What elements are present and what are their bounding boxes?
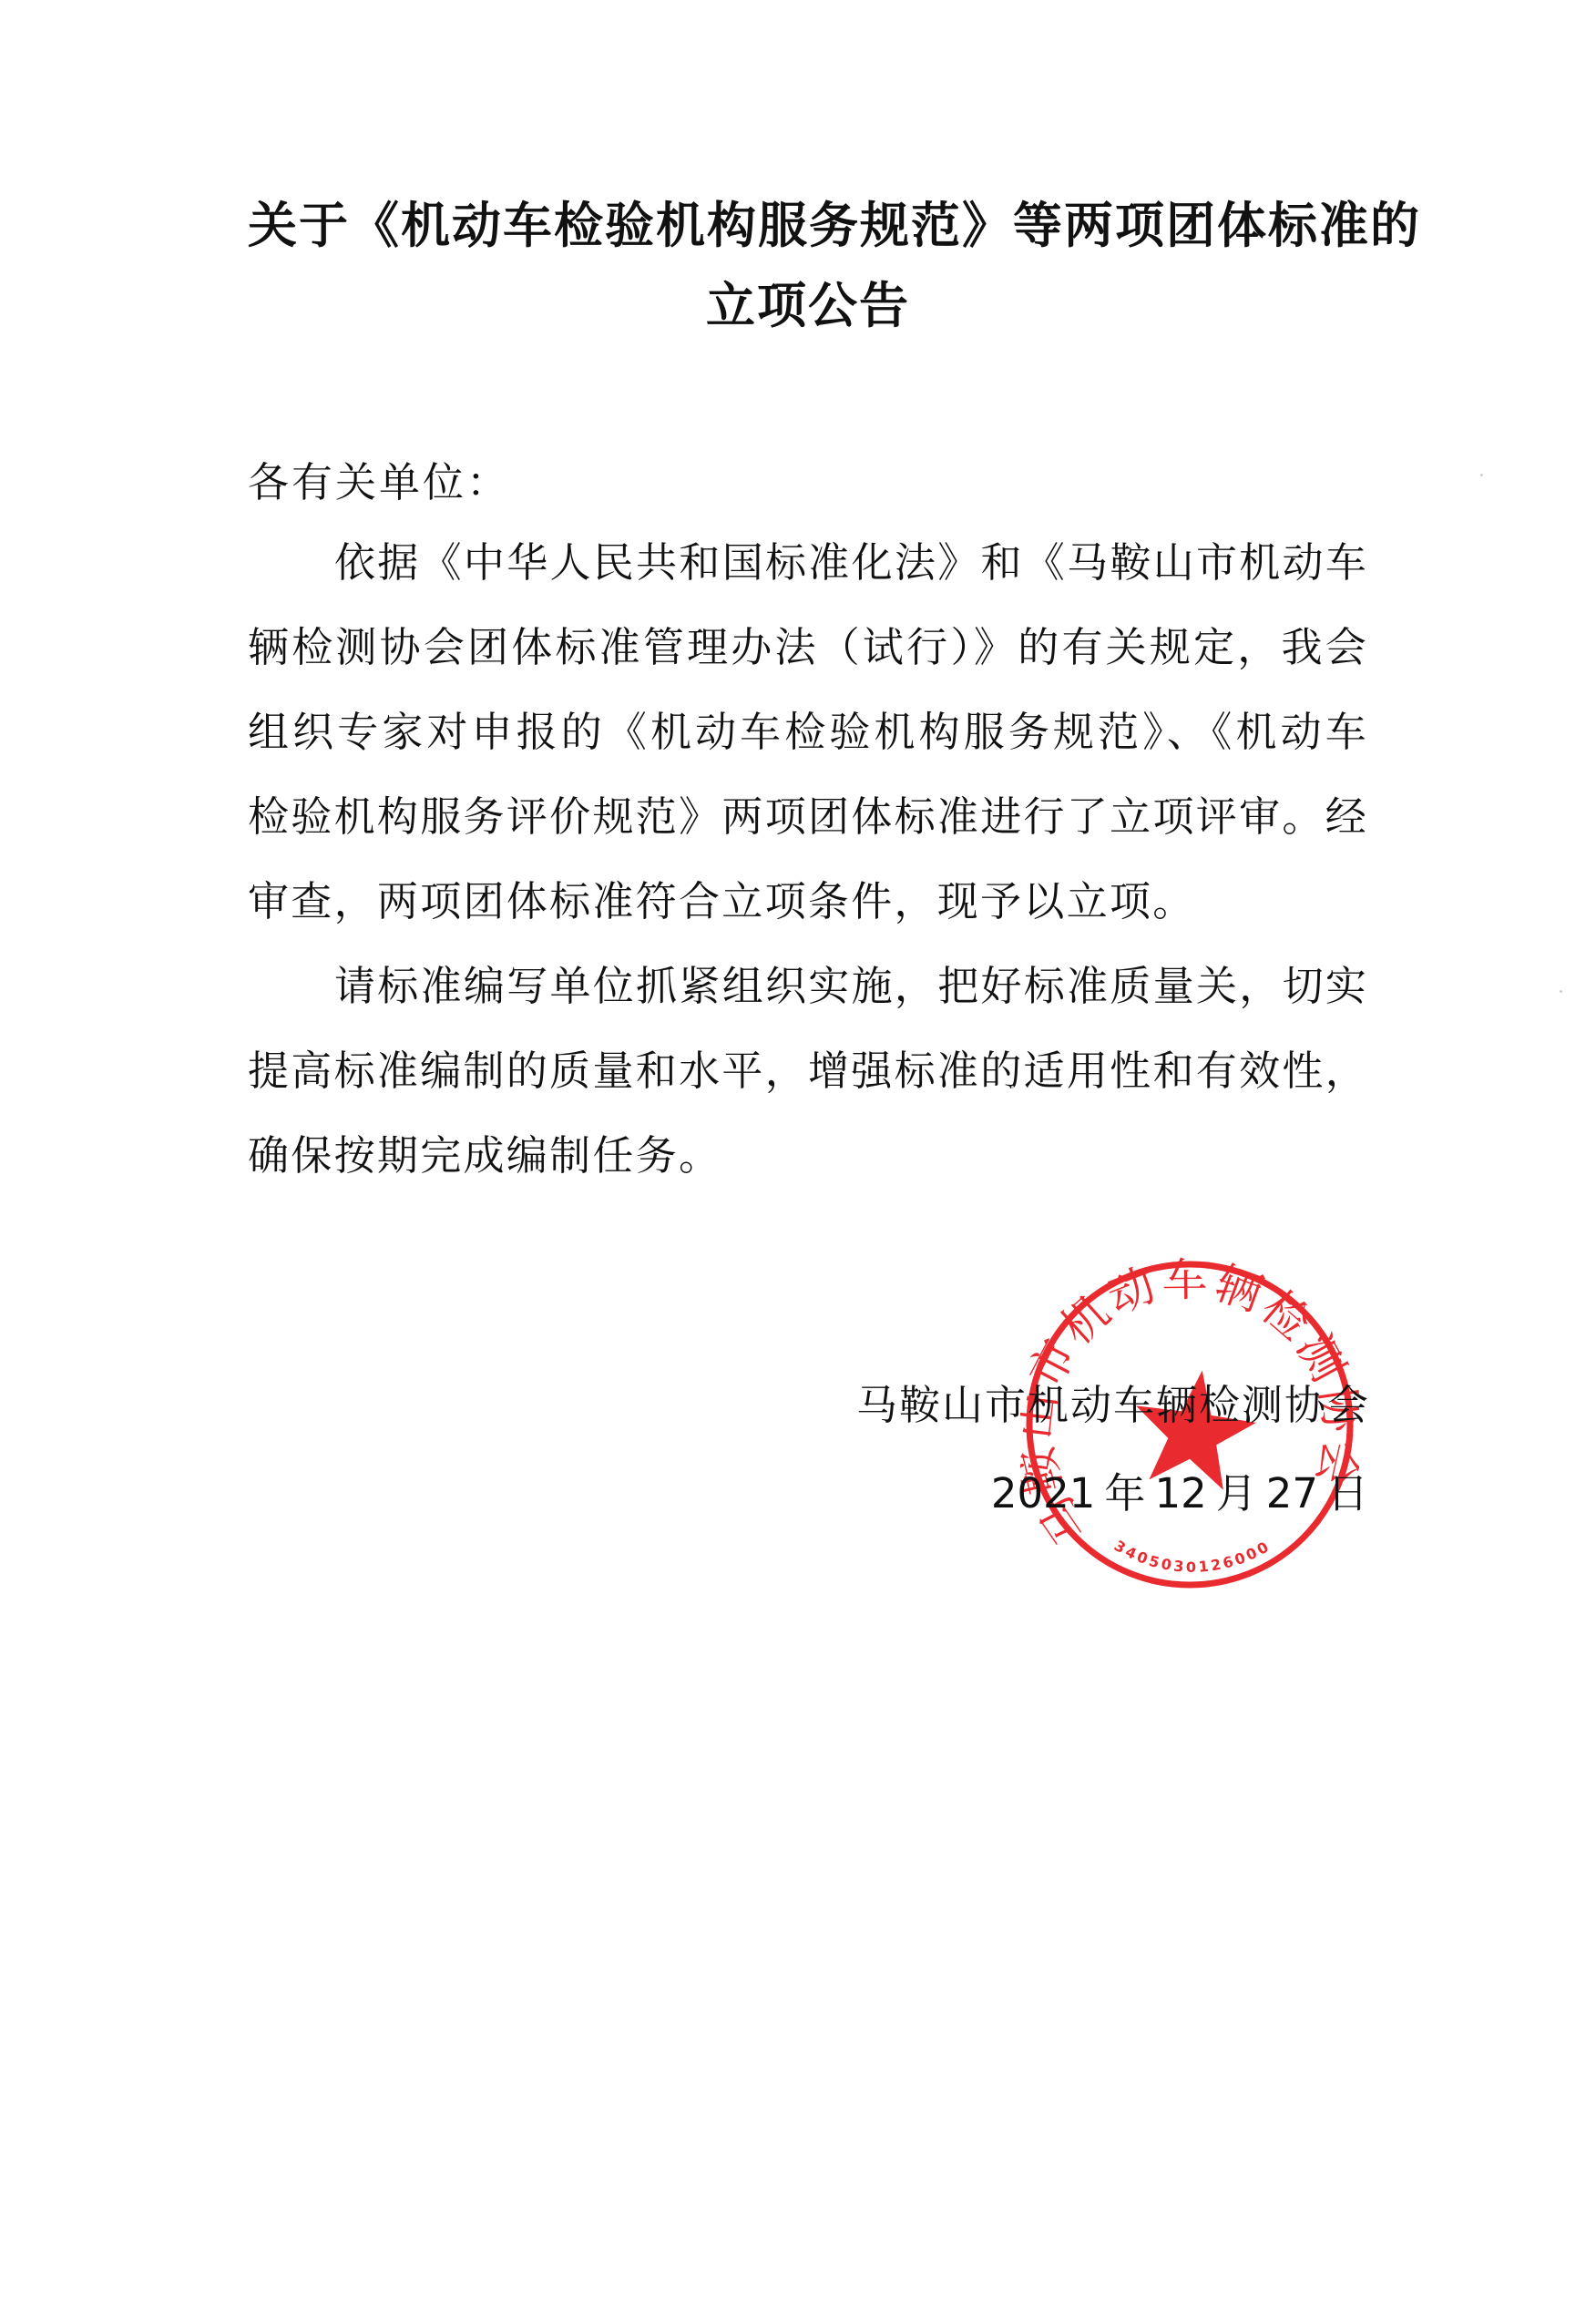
paragraph-line: 辆检测协会团体标准管理办法（试行）》的有关规定，我会 bbox=[248, 622, 1368, 673]
paragraph-line: 审查，两项团体标准符合立项条件，现予以立项。 bbox=[248, 876, 1368, 927]
date-month-unit: 月 bbox=[1216, 1469, 1257, 1517]
paragraph-line: 请标准编写单位抓紧组织实施，把好标准质量关，切实 bbox=[334, 961, 1368, 1012]
date-year: 2021 bbox=[991, 1469, 1096, 1517]
scan-speck bbox=[1011, 1086, 1014, 1088]
document-title-line-1: 关于《机动车检验机构服务规范》等两项团体标准的 bbox=[248, 199, 1368, 253]
paragraph-line: 组织专家对申报的《机动车检验机构服务规范》、《机动车 bbox=[248, 707, 1368, 758]
date-day-unit: 日 bbox=[1327, 1469, 1368, 1517]
document-title-line-2: 立项公告 bbox=[248, 279, 1368, 333]
document-page: 关于《机动车检验机构服务规范》等两项团体标准的 立项公告 各有关单位： 依据《中… bbox=[0, 0, 1596, 2299]
date-day: 27 bbox=[1266, 1469, 1318, 1517]
date-year-unit: 年 bbox=[1104, 1469, 1145, 1517]
paragraph-line: 依据《中华人民共和国标准化法》和《马鞍山市机动车 bbox=[334, 537, 1368, 588]
paragraph-line: 提高标准编制的质量和水平，增强标准的适用性和有效性， bbox=[248, 1046, 1368, 1097]
scan-speck bbox=[1480, 474, 1483, 476]
seal-code: 3405030126000 bbox=[1111, 1537, 1274, 1576]
paragraph-line: 检验机构服务评价规范》两项团体标准进行了立项评审。经 bbox=[248, 792, 1368, 843]
scan-speck bbox=[1560, 990, 1562, 993]
salutation: 各有关单位： bbox=[248, 457, 510, 508]
signature-organization: 马鞍山市机动车辆检测协会 bbox=[856, 1380, 1368, 1431]
signature-date: 2021年12月27日 bbox=[991, 1468, 1368, 1519]
date-month: 12 bbox=[1154, 1469, 1206, 1517]
paragraph-line: 确保按期完成编制任务。 bbox=[248, 1130, 1368, 1181]
